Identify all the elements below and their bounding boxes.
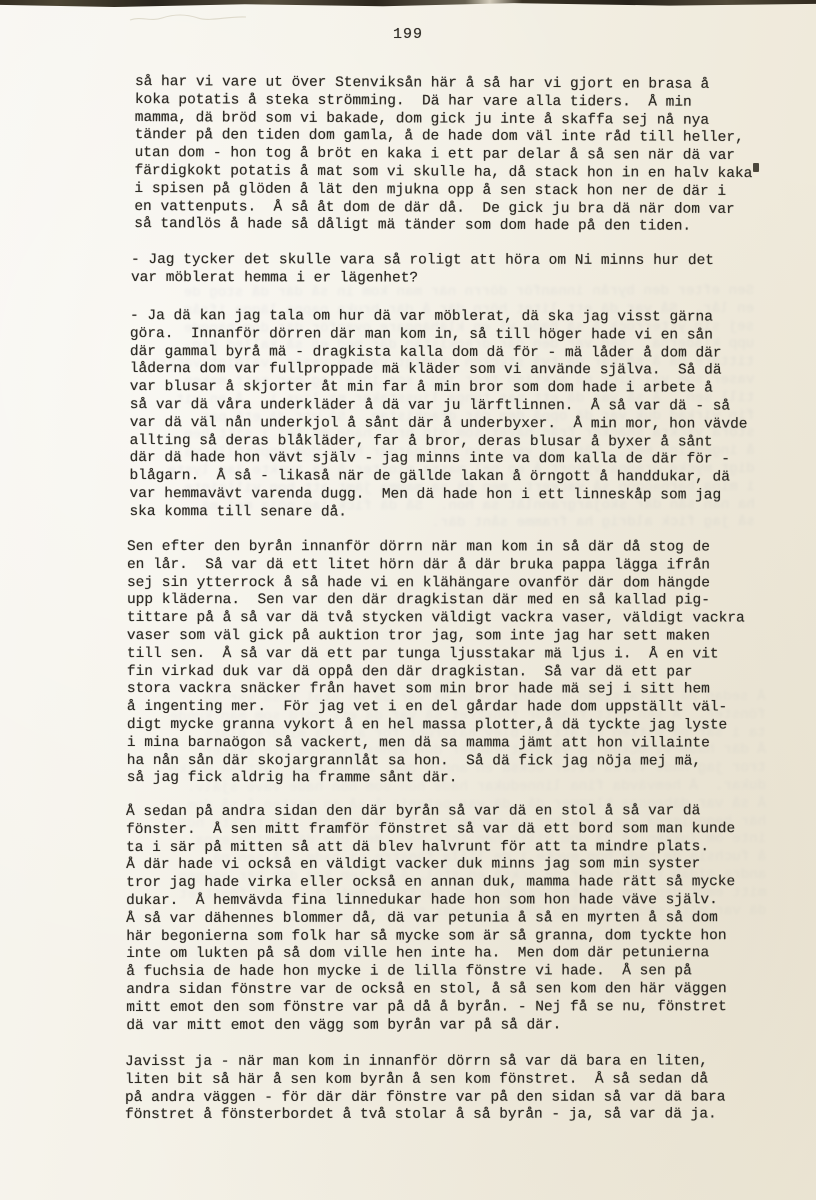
paragraph-interviewer-question: - Jag tycker det skulle vara så roligt a…	[131, 252, 785, 289]
pencil-smudge-mark	[128, 8, 248, 26]
paragraph-answer-furnishing: - Ja dä kan jag tala om hur dä var möble…	[129, 308, 785, 523]
text-column: så har vi vare ut över Stenviksån här å …	[125, 74, 785, 1143]
page-number: 199	[0, 26, 816, 43]
paragraph-narrative: så har vi vare ut över Stenviksån här å …	[134, 74, 785, 237]
paragraph-answer-room-recap: Javisst ja - när man kom in innanför dör…	[125, 1053, 785, 1125]
paragraph-answer-dragkista: Sen efter den byrån innanför dörrn när m…	[127, 539, 785, 789]
scan-edge-artifact	[0, 0, 816, 7]
scanned-document-page: 199 Sen efter den byrån innanför dörrn n…	[0, 0, 816, 1200]
paragraph-answer-table-flowers: Å sedan på andra sidan den där byrån så …	[126, 804, 785, 1036]
scan-edge-mark	[753, 163, 759, 172]
